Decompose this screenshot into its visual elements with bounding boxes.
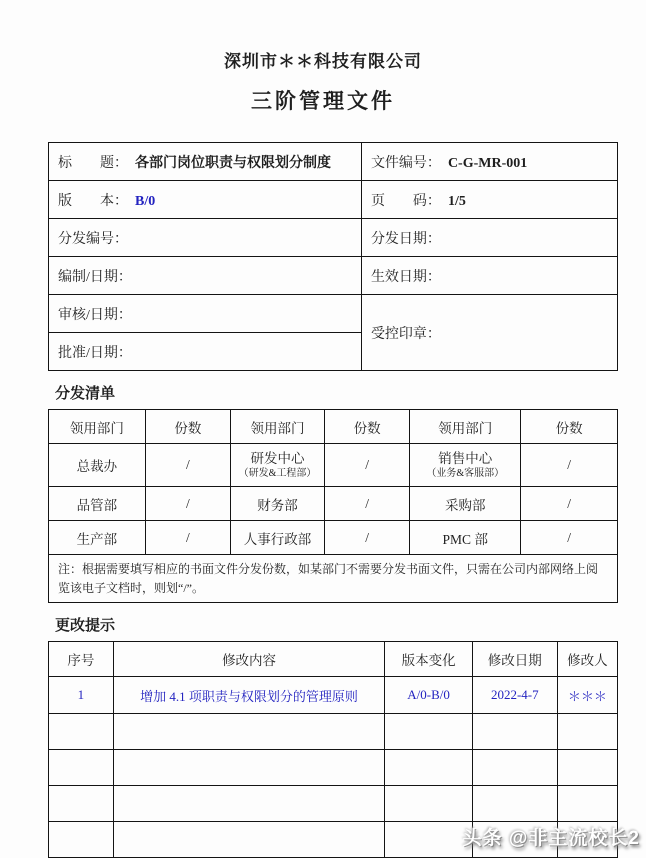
dept-name: 研发中心 (233, 451, 322, 468)
distribution-note: 注：根据需要填写相应的书面文件分发份数，如某部门不需要分发书面文件，只需在公司内… (49, 555, 618, 603)
empty-cell (49, 714, 114, 750)
empty-cell (472, 786, 557, 822)
chg-col-header: 序号 (49, 642, 114, 677)
page-no-value: 1/5 (448, 194, 466, 209)
distribution-table: 领用部门 份数 领用部门 份数 领用部门 份数 总裁办 / 研发中心 （研发&工… (48, 409, 618, 603)
approve-label: 批准/日期： (58, 346, 132, 361)
doc-no-value: C-G-MR-001 (448, 156, 527, 171)
info-row-version: 版 本：B/0 页 码：1/5 (49, 181, 618, 219)
distribution-row: 总裁办 / 研发中心 （研发&工程部） / 销售中心 （业务&客服部） / (49, 444, 618, 487)
copies-cell: / (324, 521, 409, 555)
copies-cell: / (324, 487, 409, 521)
dept-name: 销售中心 (412, 451, 518, 468)
approve-cell: 批准/日期： (49, 333, 362, 371)
effective-label: 生效日期： (371, 270, 441, 285)
toutiao-watermark: 头条 @非主流校长2 (463, 823, 640, 850)
dept-cell: 生产部 (49, 521, 146, 555)
dept-cell: 研发中心 （研发&工程部） (231, 444, 325, 487)
chg-date-cell: 2022-4-7 (472, 677, 557, 714)
seal-label: 受控印章： (371, 327, 441, 342)
company-title: 深圳市＊＊科技有限公司 (0, 0, 646, 74)
dept-cell: 总裁办 (49, 444, 146, 487)
chg-col-header: 版本变化 (385, 642, 473, 677)
empty-cell (385, 750, 473, 786)
chg-col-header: 修改内容 (113, 642, 384, 677)
info-row-review: 审核/日期： 受控印章： (49, 295, 618, 333)
distribution-header-row: 领用部门 份数 领用部门 份数 领用部门 份数 (49, 410, 618, 444)
dept-cell: 人事行政部 (231, 521, 325, 555)
dist-date-cell: 分发日期： (361, 219, 617, 257)
chg-col-header: 修改日期 (472, 642, 557, 677)
empty-cell (557, 750, 617, 786)
chg-version-cell: A/0-B/0 (385, 677, 473, 714)
dept-subname: （研发&工程部） (233, 468, 322, 480)
dept-cell: 财务部 (231, 487, 325, 521)
version-label: 版 本： (58, 194, 128, 209)
empty-cell (49, 822, 114, 858)
dept-cell: 采购部 (410, 487, 521, 521)
dept-cell: 品管部 (49, 487, 146, 521)
dist-date-label: 分发日期： (371, 232, 441, 247)
dist-col-header: 份数 (324, 410, 409, 444)
changes-heading: 更改提示 (55, 616, 646, 636)
empty-cell (557, 786, 617, 822)
page-no-label: 页 码： (371, 194, 441, 209)
title-cell: 标 题：各部门岗位职责与权限划分制度 (49, 143, 362, 181)
distribution-note-row: 注：根据需要填写相应的书面文件分发份数，如某部门不需要分发书面文件，只需在公司内… (49, 555, 618, 603)
copies-cell: / (145, 444, 230, 487)
review-cell: 审核/日期： (49, 295, 362, 333)
distribution-row: 生产部 / 人事行政部 / PMC 部 / (49, 521, 618, 555)
empty-cell (472, 750, 557, 786)
empty-cell (113, 822, 384, 858)
doc-no-label: 文件编号： (371, 156, 441, 171)
changes-header-row: 序号 修改内容 版本变化 修改日期 修改人 (49, 642, 618, 677)
copies-cell: / (145, 487, 230, 521)
empty-cell (472, 714, 557, 750)
dist-col-header: 领用部门 (49, 410, 146, 444)
chg-author-cell: ＊＊＊ (557, 677, 617, 714)
empty-cell (557, 714, 617, 750)
empty-cell (113, 786, 384, 822)
chg-content-cell: 增加 4.1 项职责与权限划分的管理原则 (113, 677, 384, 714)
empty-cell (385, 786, 473, 822)
document-info-table: 标 题：各部门岗位职责与权限划分制度 文件编号：C-G-MR-001 版 本：B… (48, 142, 618, 371)
dept-subname: （业务&客服部） (412, 468, 518, 480)
effective-cell: 生效日期： (361, 257, 617, 295)
review-label: 审核/日期： (58, 308, 132, 323)
chg-col-header: 修改人 (557, 642, 617, 677)
dist-col-header: 份数 (145, 410, 230, 444)
version-value: B/0 (135, 194, 155, 209)
empty-cell (385, 714, 473, 750)
copies-cell: / (521, 444, 618, 487)
dept-cell: PMC 部 (410, 521, 521, 555)
chg-seq-cell: 1 (49, 677, 114, 714)
changes-empty-row (49, 714, 618, 750)
changes-empty-row (49, 750, 618, 786)
copies-cell: / (521, 487, 618, 521)
version-cell: 版 本：B/0 (49, 181, 362, 219)
copies-cell: / (145, 521, 230, 555)
title-label: 标 题： (58, 156, 128, 171)
changes-row: 1 增加 4.1 项职责与权限划分的管理原则 A/0-B/0 2022-4-7 … (49, 677, 618, 714)
page-no-cell: 页 码：1/5 (361, 181, 617, 219)
doc-no-cell: 文件编号：C-G-MR-001 (361, 143, 617, 181)
empty-cell (49, 786, 114, 822)
dist-no-cell: 分发编号： (49, 219, 362, 257)
empty-cell (385, 822, 473, 858)
doc-type-title: 三阶管理文件 (0, 87, 646, 115)
changes-empty-row (49, 786, 618, 822)
distribution-row: 品管部 / 财务部 / 采购部 / (49, 487, 618, 521)
title-value: 各部门岗位职责与权限划分制度 (135, 156, 331, 171)
distribution-heading: 分发清单 (55, 384, 646, 404)
empty-cell (113, 750, 384, 786)
empty-cell (49, 750, 114, 786)
info-row-title: 标 题：各部门岗位职责与权限划分制度 文件编号：C-G-MR-001 (49, 143, 618, 181)
copies-cell: / (324, 444, 409, 487)
seal-cell: 受控印章： (361, 295, 617, 371)
prepare-label: 编制/日期： (58, 270, 132, 285)
copies-cell: / (521, 521, 618, 555)
document-page: 深圳市＊＊科技有限公司 三阶管理文件 标 题：各部门岗位职责与权限划分制度 文件… (0, 0, 646, 858)
info-row-dist: 分发编号： 分发日期： (49, 219, 618, 257)
empty-cell (113, 714, 384, 750)
info-row-prepare: 编制/日期： 生效日期： (49, 257, 618, 295)
dist-col-header: 领用部门 (231, 410, 325, 444)
dist-no-label: 分发编号： (58, 232, 128, 247)
dept-cell: 销售中心 （业务&客服部） (410, 444, 521, 487)
dist-col-header: 领用部门 (410, 410, 521, 444)
dist-col-header: 份数 (521, 410, 618, 444)
prepare-cell: 编制/日期： (49, 257, 362, 295)
